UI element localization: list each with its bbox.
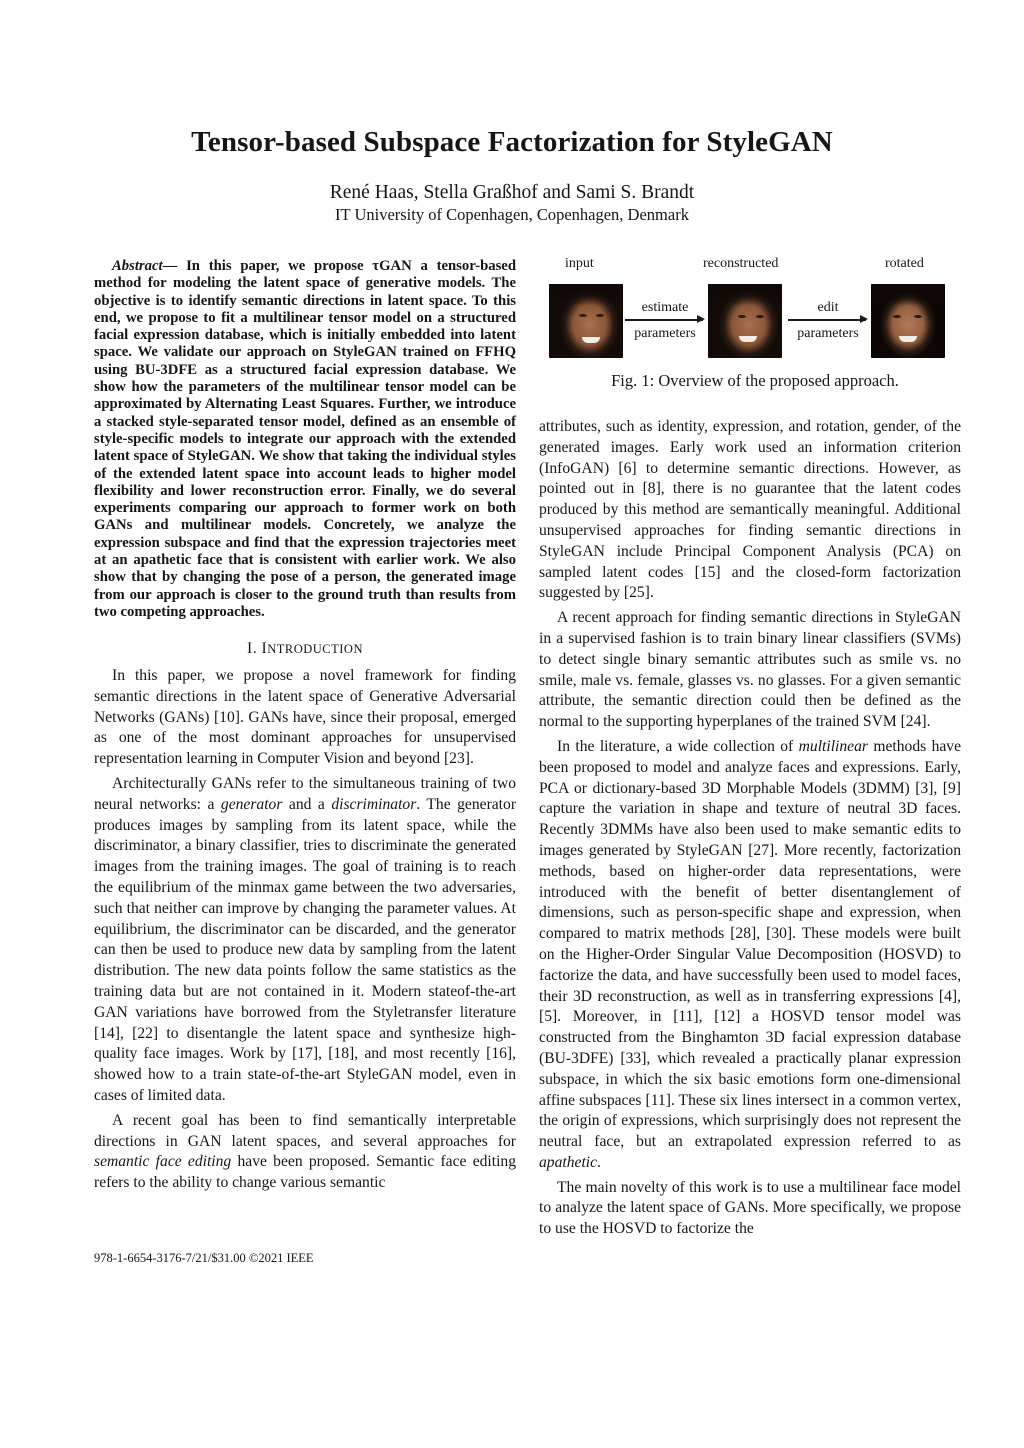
right-column: attributes, such as identity, expression… — [539, 417, 961, 1244]
input-face-image — [549, 284, 623, 358]
hair-shape — [708, 284, 782, 306]
right-paragraph-4: The main novelty of this work is to use … — [539, 1178, 961, 1240]
abstract-text: In this paper, we propose τGAN a tensor-… — [94, 258, 516, 620]
arrow-edit-label-top: edit — [786, 300, 870, 316]
figure-label-rotated: rotated — [885, 256, 924, 272]
reconstructed-face-image — [708, 284, 782, 358]
abstract-dash: — — [163, 258, 186, 274]
abstract: Abstract— In this paper, we propose τGAN… — [94, 258, 516, 621]
arrow-estimate-label-bottom: parameters — [623, 326, 707, 342]
figure-1: input reconstructed rotated estimate par… — [545, 256, 965, 401]
paper-authors: René Haas, Stella Graßhof and Sami S. Br… — [0, 182, 1024, 204]
section-title-rest: NTRODUCTION — [267, 642, 363, 656]
eye-shape — [893, 315, 901, 318]
rotated-face-image — [871, 284, 945, 358]
paper-title: Tensor-based Subspace Factorization for … — [0, 126, 1024, 159]
arrow-edit — [788, 319, 866, 321]
hair-shape — [549, 284, 623, 306]
arrow-estimate-label-top: estimate — [623, 300, 707, 316]
intro-paragraph-2: Architecturally GANs refer to the simult… — [94, 774, 516, 1107]
eye-shape — [738, 315, 746, 318]
emphasis-apathetic: apathetic — [539, 1154, 597, 1171]
emphasis-multilinear: multilinear — [799, 738, 868, 755]
right-paragraph-3: In the literature, a wide collection of … — [539, 737, 961, 1174]
text-span: . The generator produces images by sampl… — [94, 796, 516, 1104]
figure-label-reconstructed: reconstructed — [703, 256, 778, 272]
text-span: . — [597, 1154, 601, 1171]
text-span: In the literature, a wide collection of — [557, 738, 799, 755]
eye-shape — [756, 315, 764, 318]
copyright-footer: 978-1-6654-3176-7/21/$31.00 ©2021 IEEE — [94, 1251, 314, 1266]
section-heading-introduction: I. INTRODUCTION — [94, 639, 516, 660]
mouth-shape — [739, 336, 757, 342]
hair-shape — [871, 284, 945, 306]
eye-shape — [596, 314, 604, 317]
text-span: meth­ods have been proposed to model and… — [539, 738, 961, 1150]
intro-paragraph-1: In this paper, we propose a novel framew… — [94, 666, 516, 770]
figure-1-caption: Fig. 1: Overview of the proposed approac… — [545, 371, 965, 391]
text-span: A recent goal has been to find semantica… — [94, 1112, 516, 1150]
mouth-shape — [899, 336, 917, 342]
right-paragraph-2: A recent approach for finding semantic d… — [539, 608, 961, 733]
emphasis-discriminator: discriminator — [331, 796, 416, 813]
arrow-edit-label-bottom: parameters — [786, 326, 870, 342]
text-span: and a — [282, 796, 331, 813]
intro-paragraph-3: A recent goal has been to find semantica… — [94, 1111, 516, 1194]
figure-label-input: input — [565, 256, 594, 272]
left-column: Abstract— In this paper, we propose τGAN… — [94, 258, 516, 1198]
abstract-label: Abstract — [112, 258, 163, 274]
paper-affiliation: IT University of Copenhagen, Copenhagen,… — [0, 205, 1024, 225]
right-paragraph-1: attributes, such as identity, expression… — [539, 417, 961, 604]
mouth-shape — [582, 337, 600, 343]
emphasis-generator: generator — [221, 796, 283, 813]
section-number: I. — [247, 640, 262, 657]
emphasis-semantic-face-editing: semantic face editing — [94, 1153, 231, 1170]
arrow-estimate — [625, 319, 703, 321]
eye-shape — [914, 315, 922, 318]
eye-shape — [579, 314, 587, 317]
